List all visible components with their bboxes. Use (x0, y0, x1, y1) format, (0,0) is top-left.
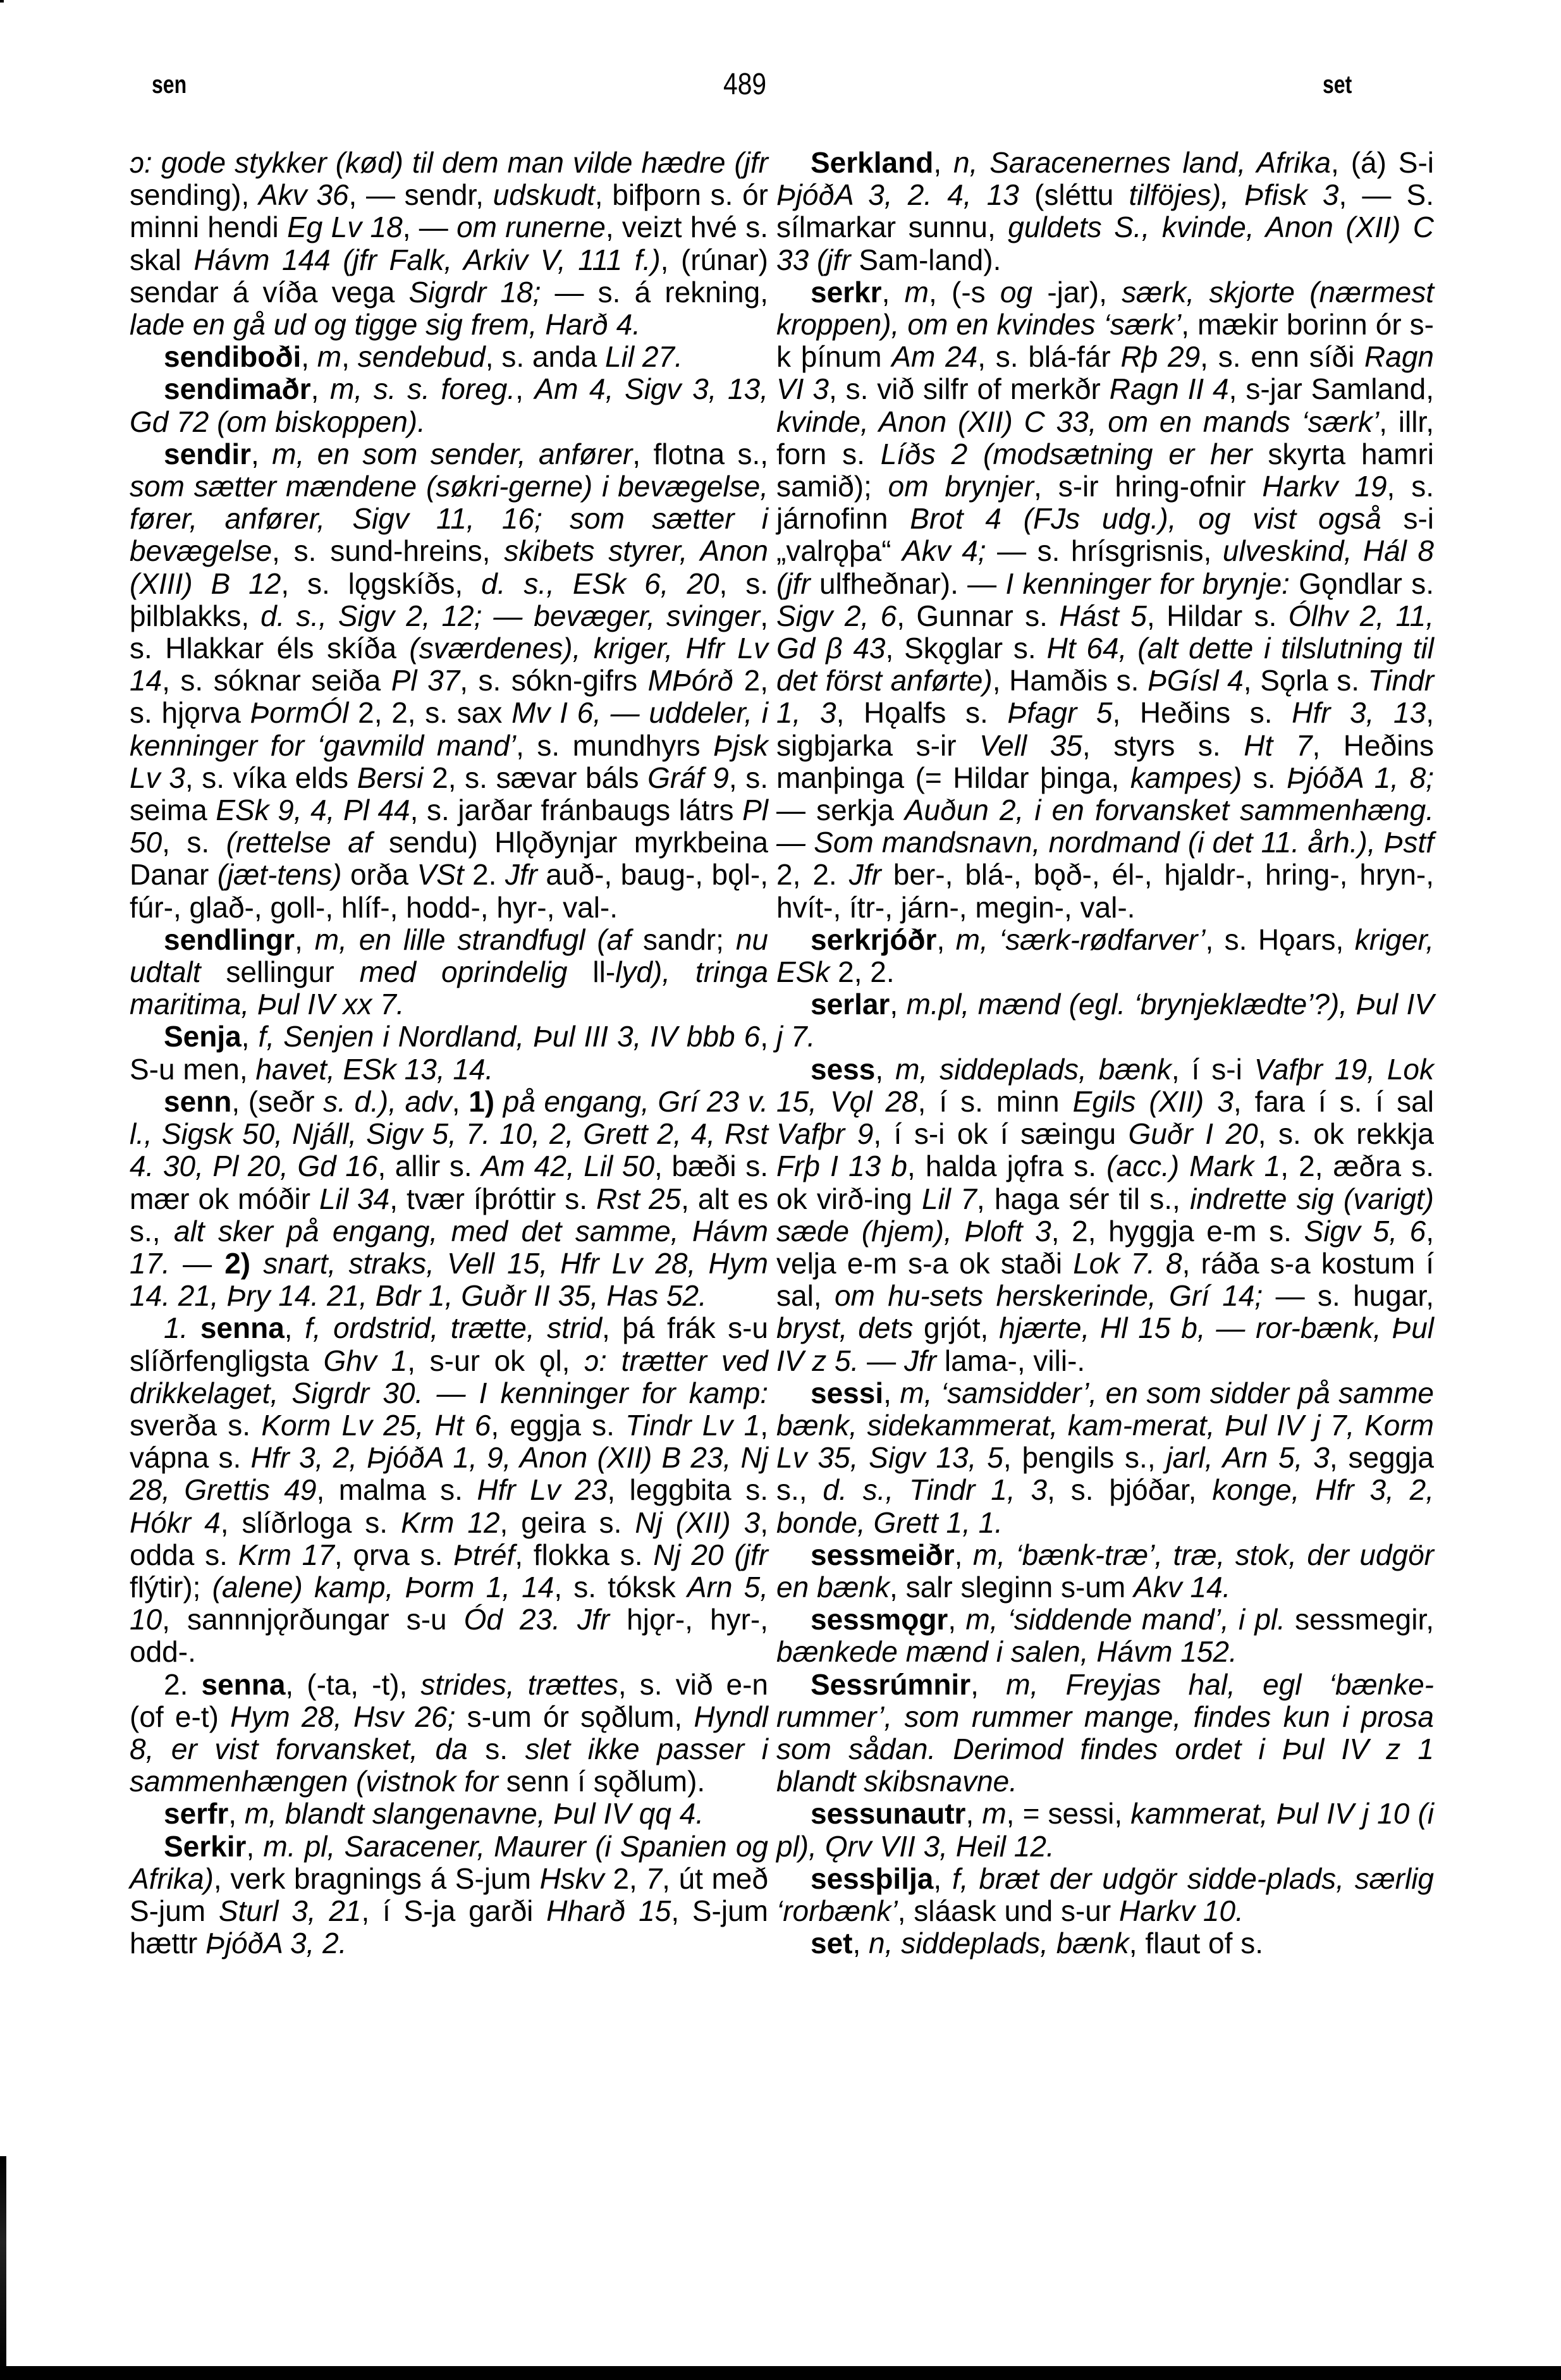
dictionary-entry: sessi, m, ‘samsidder’, en som sidder på … (776, 1377, 1434, 1539)
roman-text: orða (342, 858, 417, 891)
italic-text: havet, ESk 13, 14. (255, 1053, 493, 1086)
roman-text: , s. við silfr of merkðr (829, 372, 1110, 405)
roman-text: , (883, 1377, 900, 1409)
roman-text: Gǫndlar s. (1290, 567, 1434, 600)
scan-artifact (0, 0, 4, 3)
roman-text: — s. á rekning, (541, 276, 768, 309)
italic-text: (acc.) Mark 1 (1106, 1150, 1280, 1182)
dictionary-entry: senn, (seðr s. d.), adv, 1) på engang, G… (130, 1086, 768, 1312)
italic-text: ÞjóðA 1, 8; (1287, 761, 1434, 794)
headword: 2) (224, 1247, 250, 1280)
roman-text: , = sessi, (1007, 1797, 1131, 1830)
italic-text: Guðr I 20 (1129, 1117, 1258, 1150)
roman-text: — s. hrísgrisnis, (986, 534, 1223, 567)
headword: sendir (164, 438, 251, 470)
roman-text: (sléttu (1019, 178, 1129, 211)
roman-text: — (170, 1247, 224, 1280)
roman-text: , (948, 1603, 965, 1636)
italic-text: I kenninger for brynje: (1005, 567, 1289, 600)
roman-text: , (-ta, -t), (285, 1668, 420, 1701)
page-number: 489 (723, 67, 766, 102)
italic-text: ÞGísl 4 (1148, 664, 1244, 697)
italic-text: d. s., ESk 6, 20 (481, 567, 719, 600)
italic-text: og (1000, 276, 1032, 309)
italic-text: Tindr Lv 1 (625, 1409, 760, 1442)
roman-text: , (242, 1020, 259, 1053)
roman-text: , s. Hǫars, (1205, 923, 1354, 956)
roman-text (494, 1085, 503, 1118)
italic-text: Hskv (540, 1862, 604, 1895)
roman-text: , s. víka elds (185, 761, 357, 794)
roman-text: 2, 2, s. sax (348, 696, 511, 729)
italic-text: Lok 7. 8 (1073, 1247, 1182, 1280)
roman-text: , leggbita s. (607, 1473, 768, 1506)
roman-text: , Gunnar s. (897, 599, 1059, 632)
italic-text: Krm 17 (238, 1538, 334, 1571)
roman-text: , (á) S-i (1331, 146, 1434, 179)
roman-text: 2, 2. (776, 858, 849, 891)
roman-text: ulfheðnar). — (811, 567, 1006, 600)
roman-text: , geira s. (500, 1506, 635, 1539)
roman-text: sandr; (631, 923, 736, 956)
dictionary-entry: sessmeiðr, m, ‘bænk-træ’, træ, stok, der… (776, 1539, 1434, 1604)
italic-text: ɔ: gode stykker (kød) til dem man vilde … (130, 146, 768, 179)
roman-text: s-um ór sǫðlum, (455, 1700, 694, 1733)
italic-text: ESk 9, 4, Pl 44 (216, 794, 410, 826)
italic-text: Vell 35 (979, 729, 1082, 762)
roman-text: , (875, 1053, 895, 1086)
roman-text: , (452, 1085, 468, 1118)
headword: serkrjóðr (811, 923, 936, 956)
dictionary-entry: sessþilja, f, bræt der udgör sidde-plads… (776, 1863, 1434, 1927)
dictionary-entry: serkr, m, (-s og -jar), særk, skjorte (n… (776, 276, 1434, 924)
roman-text: senn í sǫðlum). (498, 1765, 705, 1798)
italic-text: Líðs 2 (modsætning er her (881, 438, 1252, 470)
roman-text: , s. blá-fár (977, 340, 1120, 373)
italic-text: Eg Lv 18 (287, 211, 403, 243)
dictionary-entry: ɔ: gode stykker (kød) til dem man vilde … (130, 147, 768, 341)
roman-text: , halda jǫfra s. (907, 1150, 1106, 1182)
roman-text: , (295, 923, 315, 956)
italic-text: m (982, 1797, 1006, 1830)
italic-text: Lil 27. (605, 340, 683, 373)
italic-text: Rþ 29 (1120, 340, 1200, 373)
italic-text: strides, trættes (420, 1668, 618, 1701)
roman-text: , tvær íþróttir s. (389, 1182, 596, 1215)
roman-text: 2. (464, 858, 505, 891)
italic-text: om hu-sets herskerinde, Grí 14; (835, 1279, 1263, 1312)
italic-text: m, en som sender, anfører (272, 438, 632, 470)
roman-text: , s. lǫgskíðs, (281, 567, 481, 600)
dictionary-entry: serfr, m, blandt slangenavne, Þul IV qq … (130, 1798, 768, 1830)
roman-text: , fara í s. í sal (1233, 1085, 1434, 1118)
roman-text: , flaut of s. (1129, 1927, 1263, 1960)
roman-text: , slíðrloga s. (221, 1506, 401, 1539)
roman-text: , salr sleginn s-um (890, 1571, 1134, 1604)
headword: Serkir (164, 1830, 246, 1863)
italic-text: kampes) (1130, 761, 1242, 794)
italic-text: Hharð 15 (546, 1894, 671, 1927)
dictionary-entry: 1. senna, f, ordstrid, trætte, strid, þá… (130, 1312, 768, 1668)
roman-text: , s. sóknar seiða (162, 664, 391, 697)
roman-text: , s. (162, 826, 226, 859)
italic-text: Sigv 2, 6 (776, 599, 897, 632)
roman-text: s. (468, 1733, 525, 1765)
italic-text: Jfr (505, 858, 537, 891)
italic-text: m, ‘siddende mand’, i pl. (965, 1603, 1285, 1636)
roman-text: , sláask und s-ur (898, 1894, 1119, 1927)
roman-text: , (970, 1668, 1006, 1701)
italic-text: Jfr (904, 1344, 936, 1377)
dictionary-entry: serlar, m.pl, mænd (egl. ‘brynjeklædte’?… (776, 988, 1434, 1053)
roman-text: , s. jarðar fránbaugs látrs (410, 794, 742, 826)
roman-text: , s-ur ok ǫl, (407, 1344, 584, 1377)
italic-text: kvinde, Anon (XII) C 33, om en mands ‘sæ… (776, 405, 1379, 438)
italic-text: tilföjes), Þfisk 3 (1129, 178, 1338, 211)
roman-text: , (301, 340, 317, 373)
italic-text: Ód 23. Jfr (464, 1603, 609, 1636)
roman-text: , s. sund-hreins, (272, 534, 504, 567)
roman-text: , s-jar Samland, (1229, 372, 1434, 405)
dictionary-entry: sendlingr, m, en lille strandfugl (af sa… (130, 924, 768, 1021)
roman-text: , Sǫrla s. (1244, 664, 1368, 697)
italic-text: Gráf 9 (647, 761, 729, 794)
italic-text: med oprindelig (360, 955, 568, 988)
roman-text: , í s-i (1172, 1053, 1254, 1086)
headword: serlar (811, 988, 890, 1021)
italic-text: Hym 28, Hsv 26; (230, 1700, 455, 1733)
roman-text: ll- (567, 955, 615, 988)
italic-text: m, s. s. foreg. (330, 372, 515, 405)
italic-text: 1. (164, 1311, 200, 1344)
roman-text: , styrs s. (1082, 729, 1244, 762)
roman-text: , þengils s., (1003, 1441, 1166, 1474)
italic-text: (rettelse af (226, 826, 372, 859)
headword: Serkland (811, 146, 933, 179)
italic-text: Sturl 3, 21 (219, 1894, 362, 1927)
italic-text: Hást 5 (1059, 599, 1147, 632)
headword: serkr (811, 276, 882, 309)
italic-text: om runerne (456, 211, 606, 243)
roman-text: , (246, 1830, 263, 1863)
roman-text: , 2, hyggja e-m s. (1051, 1215, 1304, 1248)
italic-text: (alene) kamp, Þorm 1, 14 (212, 1571, 554, 1604)
italic-text: Krm 12 (401, 1506, 499, 1539)
left-column: ɔ: gode stykker (kød) til dem man vilde … (130, 147, 768, 1960)
dictionary-entry: Serkland, n, Saracenernes land, Afrika, … (776, 147, 1434, 276)
italic-text: Hfr Lv 23 (477, 1473, 607, 1506)
italic-text: ÞjóðA 3, 2. 4, 13 (776, 178, 1019, 211)
headword: serfr (164, 1797, 228, 1830)
dictionary-entry: sessmǫgr, m, ‘siddende mand’, i pl. sess… (776, 1604, 1434, 1668)
roman-text: sellingur (201, 955, 360, 988)
roman-text: , (965, 1797, 982, 1830)
dictionary-entry: sendimaðr, m, s. s. foreg., Am 4, Sigv 3… (130, 373, 768, 438)
dictionary-entry: Senja, f, Senjen i Nordland, Þul III 3, … (130, 1021, 768, 1085)
italic-text: m, en lille strandfugl (af (315, 923, 631, 956)
roman-text: , Heðins s. (1113, 696, 1292, 729)
italic-text: Ragn II 4 (1110, 372, 1229, 405)
roman-text: 2. (164, 1668, 201, 1701)
italic-text: ÞormÓl (250, 696, 349, 729)
italic-text: m (317, 340, 341, 373)
roman-text: 2, 2. (829, 955, 894, 988)
roman-text: , (285, 1311, 305, 1344)
right-column: Serkland, n, Saracenernes land, Afrika, … (776, 147, 1434, 1960)
roman-text: , s. sókn-gifrs (460, 664, 647, 697)
italic-text: n, siddeplads, bænk (869, 1927, 1129, 1960)
dictionary-entry: sendir, m, en som sender, anfører, flotn… (130, 438, 768, 924)
italic-text: Sigv 5, 6 (1304, 1215, 1426, 1248)
scan-edge-bottom (0, 2366, 1561, 2380)
italic-text: Brot 4 (FJs udg.), og vist også (910, 502, 1381, 535)
roman-text: , (890, 988, 906, 1021)
headword: sendiboði (164, 340, 301, 373)
roman-text: , allir s. (377, 1150, 481, 1182)
italic-text: Ht 7 (1244, 729, 1312, 762)
roman-text: -jar), (1032, 276, 1122, 309)
left-guide-word: sen (152, 71, 187, 99)
italic-text: Pl 37 (391, 664, 460, 697)
italic-text: Rst 25 (596, 1182, 681, 1215)
roman-text: 2, (604, 1862, 646, 1895)
dictionary-entry: Serkir, m. pl, Saracener, Maurer (i Span… (130, 1831, 768, 1960)
italic-text: Jfr (849, 858, 881, 891)
italic-text: Am 42, Lil 50 (481, 1150, 654, 1182)
italic-text: ÞjóðA 3, 2. (205, 1927, 346, 1960)
dictionary-entry: Sessrúmnir, m, Freyjas hal, egl ‘bænke-r… (776, 1669, 1434, 1798)
roman-text: Sam-land). (851, 243, 1001, 276)
headword: senna (200, 1311, 285, 1344)
italic-text: m, blandt slangenavne, Þul IV qq 4. (245, 1797, 704, 1830)
italic-text: Sigrdr 18; (409, 276, 541, 309)
italic-text: Akv 14. (1134, 1571, 1230, 1604)
roman-text: , — sendr, (348, 178, 493, 211)
italic-text: Harkv 10. (1119, 1894, 1244, 1927)
roman-text: , (852, 1927, 869, 1960)
italic-text: f, ordstrid, trætte, strid (305, 1311, 602, 1344)
roman-text: , s. enn síði (1200, 340, 1364, 373)
italic-text: m, ‘særk-rødfarver’ (956, 923, 1206, 956)
roman-text: , (311, 372, 330, 405)
roman-text: , flokka s. (515, 1538, 653, 1571)
roman-text: , (882, 276, 905, 309)
italic-text: Vafþr 9 (776, 1117, 873, 1150)
italic-text: Ghv 1 (324, 1344, 408, 1377)
italic-text: 7 (646, 1862, 662, 1895)
headword: 1) (468, 1085, 494, 1118)
roman-text: , sannnjǫrðungar s-u (162, 1603, 463, 1636)
headword: sendlingr (164, 923, 295, 956)
roman-text: , (-s (929, 276, 1000, 309)
italic-text: sendebud (358, 340, 486, 373)
italic-text: udskudt (493, 178, 595, 211)
italic-text: d. s., Sigv 2, 12; — bevæger, svinger (260, 599, 760, 632)
italic-text: Bersi (357, 761, 424, 794)
roman-text: , eggja s. (491, 1409, 625, 1442)
headword: sendimaðr (164, 372, 311, 405)
roman-text: , (936, 923, 955, 956)
roman-text: , (515, 372, 534, 405)
italic-text: lade en gå ud og tigge sig frem, Harð 4. (130, 308, 640, 341)
roman-text: — serkja (776, 794, 905, 826)
roman-text: lama-, vili-. (936, 1344, 1085, 1377)
headword: senna (201, 1668, 285, 1701)
headword: sess (811, 1053, 875, 1086)
italic-text: Lil 7 (922, 1182, 977, 1215)
roman-text: 2, s. sævar báls (424, 761, 648, 794)
dictionary-entry: sendiboði, m, sendebud, s. anda Lil 27. (130, 341, 768, 373)
dictionary-entry: serkrjóðr, m, ‘særk-rødfarver’, s. Hǫars… (776, 924, 1434, 988)
roman-text: sessmegir, (1285, 1603, 1434, 1636)
italic-text: f, Senjen i Nordland, Þul III 3, IV bbb … (259, 1020, 761, 1053)
roman-text: , flotna s., (632, 438, 768, 470)
italic-text: bryst, dets (776, 1311, 913, 1344)
dictionary-entry: sess, m, siddeplads, bænk, í s-i Vafþr 1… (776, 1053, 1434, 1377)
roman-text: , s-ir hring-ofnir (1034, 470, 1262, 503)
italic-text: bænkede mænd i salen, Hávm 152. (776, 1635, 1237, 1668)
roman-text: , (341, 340, 358, 373)
italic-text: jarl, Arn 5, 3 (1166, 1441, 1329, 1474)
roman-text: , haga sér til s., (977, 1182, 1190, 1215)
roman-text: , s. þjóðar, (1047, 1473, 1212, 1506)
right-guide-word: set (1323, 71, 1352, 99)
italic-text: s. d.), adv (323, 1085, 452, 1118)
headword: sessmǫgr (811, 1603, 948, 1636)
roman-text: — s. hugar, (1263, 1279, 1434, 1312)
italic-text: Frþ I 13 b (776, 1150, 907, 1182)
italic-text: Lil 34 (319, 1182, 389, 1215)
italic-text: Hfr 3, 13 (1292, 696, 1426, 729)
roman-text: , í S-ja garði (361, 1894, 546, 1927)
italic-text: VSt (417, 858, 463, 891)
roman-text: , verk bragnings á S-jum (214, 1862, 540, 1895)
roman-text: , í s. minn (918, 1085, 1073, 1118)
roman-text: flýtir); (130, 1571, 212, 1604)
italic-text: MÞórð (648, 664, 733, 697)
roman-text: , — (403, 211, 456, 243)
roman-text: , ǫrva s. (334, 1538, 453, 1571)
italic-text: Egils (XII) 3 (1073, 1085, 1233, 1118)
roman-text: , (955, 1538, 973, 1571)
italic-text: Korm Lv 25, Ht 6 (261, 1409, 491, 1442)
headword: sessunautr (811, 1797, 965, 1830)
roman-text: , (933, 1862, 952, 1895)
roman-text: , í s-i ok í sæingu (873, 1117, 1128, 1150)
roman-text: , malma s. (316, 1473, 477, 1506)
roman-text: , Hildar s. (1147, 599, 1289, 632)
italic-text: om brynjer (888, 470, 1034, 503)
roman-text: , Hamðis s. (993, 664, 1148, 697)
roman-text: , Skǫglar s. (886, 632, 1047, 665)
italic-text: m, siddeplads, bænk (895, 1053, 1172, 1086)
roman-text: , (228, 1797, 245, 1830)
italic-text: Hávm 144 (jfr Falk, Arkiv V, 111 f.) (193, 243, 660, 276)
roman-text: grjót, (913, 1311, 999, 1344)
headword: set (811, 1927, 852, 1960)
italic-text: Nj (XII) 3 (635, 1506, 760, 1539)
roman-text: sverða s. (130, 1409, 261, 1442)
italic-text: d. s., Tindr 1, 3 (823, 1473, 1047, 1506)
roman-text: , s. ok rekkja (1258, 1117, 1434, 1150)
italic-text: Þfagr 5 (1007, 696, 1112, 729)
roman-text: , s. tóksk (554, 1571, 687, 1604)
italic-text: Harkv 19 (1262, 470, 1387, 503)
dictionary-entry: 2. senna, (-ta, -t), strides, trættes, s… (130, 1669, 768, 1798)
italic-text: Þtréf (453, 1538, 515, 1571)
dictionary-entry: set, n, siddeplads, bænk, flaut of s. (776, 1927, 1434, 1960)
italic-text: (jæt-tens) (217, 858, 342, 891)
roman-text: , Hǫalfs s. (836, 696, 1008, 729)
roman-text: , s. mundhyrs (516, 729, 713, 762)
italic-text: Am 24 (891, 340, 977, 373)
roman-text: sending), (130, 178, 259, 211)
headword: Sessrúmnir (811, 1668, 970, 1701)
italic-text: m (905, 276, 929, 309)
roman-text (250, 1247, 263, 1280)
page-header: sen 489 set (0, 71, 1561, 109)
roman-text: , (251, 438, 272, 470)
roman-text: , (seðr (231, 1085, 323, 1118)
italic-text: Akv 36 (259, 178, 349, 211)
headword: sessi (811, 1377, 883, 1409)
roman-text: , (933, 146, 953, 179)
roman-text: — (859, 1344, 904, 1377)
italic-text: Hókr 4 (130, 1506, 221, 1539)
roman-text: , s. anda (486, 340, 605, 373)
headword: Senja (164, 1020, 242, 1053)
headword: senn (164, 1085, 231, 1118)
dictionary-entry: sessunautr, m, = sessi, kammerat, Þul IV… (776, 1798, 1434, 1862)
headword: sessþilja (811, 1862, 933, 1895)
italic-text: Nj 20 (jfr (653, 1538, 768, 1571)
italic-text: n, Saracenernes land, Afrika (953, 146, 1331, 179)
italic-text: Akv 4; (902, 534, 986, 567)
roman-text: s. (1242, 761, 1287, 794)
scan-edge-left (0, 2156, 6, 2371)
headword: sessmeiðr (811, 1538, 955, 1571)
